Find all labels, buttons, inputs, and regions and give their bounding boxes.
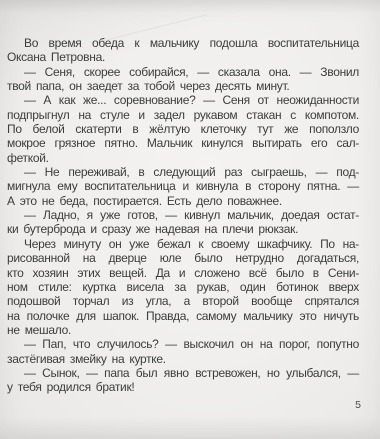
text-line: Оксана Петровна.: [7, 50, 359, 64]
text-line: кто хозяин этих вещей. Да и сложено всё …: [7, 266, 359, 280]
text-line: А это не беда, постирается. Есть дело по…: [7, 194, 359, 208]
paragraph: — Сынок, — папа был явно встревожен, но …: [7, 366, 359, 395]
paragraph: — А как же... соревнование? — Сеня от не…: [7, 93, 359, 165]
text-line: мигнула ему воспитательница и кивнула в …: [7, 179, 359, 193]
text-line: — Ладно, я уже готов, — кивнул мальчик, …: [7, 208, 359, 222]
text-line: подошвой торчал из угла, а второй вообще…: [7, 294, 359, 308]
paragraph: — Ладно, я уже готов, — кивнул мальчик, …: [7, 208, 359, 237]
text-line: застёгивая змейку на куртке.: [7, 352, 359, 366]
paragraph: Через минуту он уже бежал к своему шкафч…: [7, 237, 359, 337]
text-line: рисованной на дверце юле было нетрудно д…: [7, 251, 359, 265]
text-line: ки бутерброда и сразу же надевая на плеч…: [7, 222, 359, 236]
book-page: Во время обеда к мальчику подошла воспит…: [0, 0, 380, 439]
text-line: твой папа, он заедет за тобой через деся…: [7, 79, 359, 93]
text-line: ном стиле: куртка висела за рукав, один …: [7, 280, 359, 294]
text-line: Во время обеда к мальчику подошла воспит…: [7, 36, 359, 50]
text-line: мокрое грязное пятно. Мальчик кинулся вы…: [7, 136, 359, 150]
text-line: не мешало.: [7, 323, 359, 337]
text-line: — А как же... соревнование? — Сеня от не…: [7, 93, 359, 107]
paragraph: — Пап, что случилось? — выскочил он на п…: [7, 337, 359, 366]
paragraph: — Сеня, скорее собирайся, — сказала она.…: [7, 65, 359, 94]
text-line: на полочке для шапок. Правда, самому мал…: [7, 309, 359, 323]
text-line: у тебя родился братик!: [7, 380, 359, 394]
text-line: Через минуту он уже бежал к своему шкафч…: [7, 237, 359, 251]
text-line: — Сеня, скорее собирайся, — сказала она.…: [7, 65, 359, 79]
paragraph: Во время обеда к мальчику подошла воспит…: [7, 36, 359, 65]
text-line: По белой скатерти в жёлтую клеточку тут …: [7, 122, 359, 136]
page-text: Во время обеда к мальчику подошла воспит…: [7, 36, 359, 395]
text-line: — Не переживай, в следующий раз сыграешь…: [7, 165, 359, 179]
text-line: подпрыгнул на стуле и задел рукавом стак…: [7, 108, 359, 122]
paragraph: — Не переживай, в следующий раз сыграешь…: [7, 165, 359, 208]
text-line: — Сынок, — папа был явно встревожен, но …: [7, 366, 359, 380]
page-number: 5: [355, 399, 361, 411]
text-line: — Пап, что случилось? — выскочил он на п…: [7, 337, 359, 351]
text-line: феткой.: [7, 151, 359, 165]
